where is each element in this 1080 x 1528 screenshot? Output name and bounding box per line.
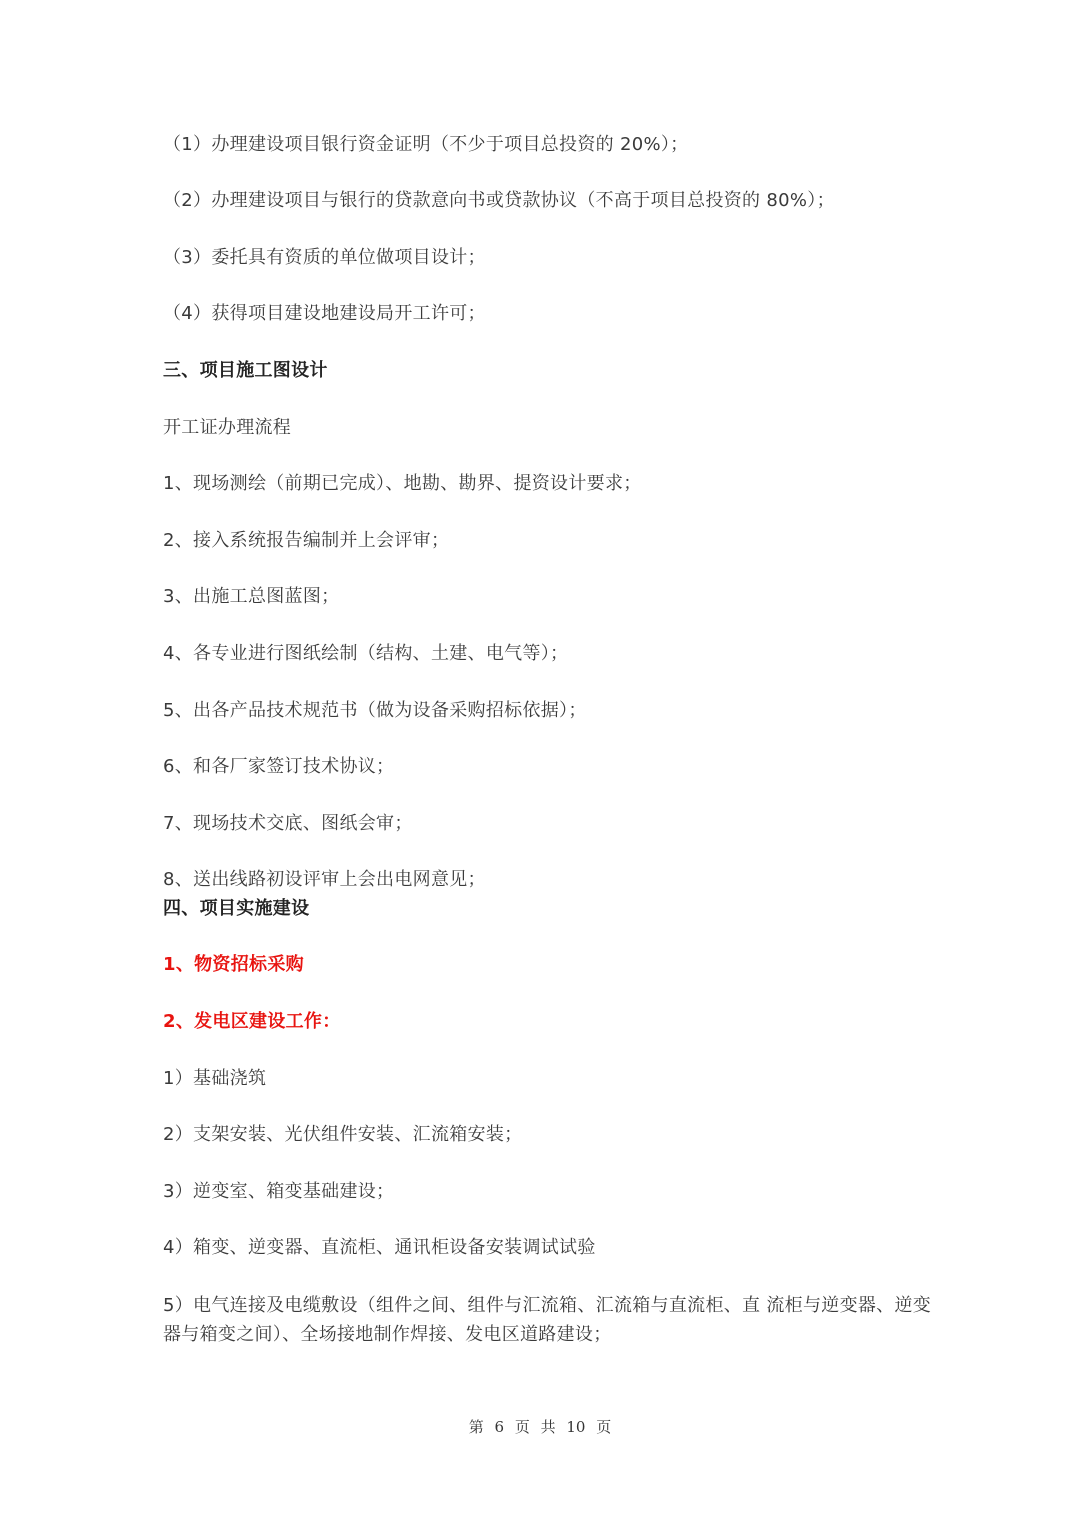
document-page: （1）办理建设项目银行资金证明（不少于项目总投资的 20%）； （2）办理建设项… xyxy=(0,0,1080,1528)
list-item-foundation-pouring: 1）基础浇筑 xyxy=(163,1065,266,1093)
list-item-technical-agreements: 6、和各厂家签订技术协议； xyxy=(163,753,394,781)
list-item-technical-specifications: 5、出各产品技术规范书（做为设备采购招标依据）； xyxy=(163,697,587,725)
list-item-drawing-production: 4、各专业进行图纸绘制（结构、土建、电气等）； xyxy=(163,640,568,668)
list-item-design-commission: （3）委托具有资质的单位做项目设计； xyxy=(163,244,486,272)
page-number-footer: 第 6 页 共 10 页 xyxy=(0,1416,1080,1437)
list-item-grid-access-report: 2、接入系统报告编制并上会评审； xyxy=(163,527,449,555)
list-item-inverter-room-foundation: 3）逆变室、箱变基础建设； xyxy=(163,1178,394,1206)
list-item-line-design-review: 8、送出线路初设评审上会出电网意见； xyxy=(163,866,486,894)
red-heading-generation-area-construction: 2、发电区建设工作： xyxy=(163,1008,341,1036)
section-heading-construction-drawing-design: 三、项目施工图设计 xyxy=(163,357,328,385)
red-heading-material-procurement: 1、物资招标采购 xyxy=(163,951,304,979)
list-item-technical-briefing: 7、现场技术交底、图纸会审； xyxy=(163,810,413,838)
list-item-electrical-cabling: 5）电气连接及电缆敷设（组件之间、组件与汇流箱、汇流箱与直流柜、直 流柜与逆变器… xyxy=(163,1291,933,1349)
list-item-site-survey: 1、现场测绘（前期已完成）、地勘、勘界、提资设计要求； xyxy=(163,470,642,498)
section-heading-project-implementation: 四、项目实施建设 xyxy=(163,895,309,923)
list-item-equipment-commissioning: 4）箱变、逆变器、直流柜、通讯柜设备安装调试试验 xyxy=(163,1234,596,1262)
list-item-bank-fund-proof: （1）办理建设项目银行资金证明（不少于项目总投资的 20%）； xyxy=(163,131,688,159)
list-item-general-blueprint: 3、出施工总图蓝图； xyxy=(163,583,339,611)
list-item-loan-agreement: （2）办理建设项目与银行的贷款意向书或贷款协议（不高于项目总投资的 80%）； xyxy=(163,187,835,215)
list-item-bracket-module-installation: 2）支架安装、光伏组件安装、汇流箱安装； xyxy=(163,1121,522,1149)
subheading-permit-process: 开工证办理流程 xyxy=(163,414,291,442)
list-item-construction-permit: （4）获得项目建设地建设局开工许可； xyxy=(163,300,486,328)
